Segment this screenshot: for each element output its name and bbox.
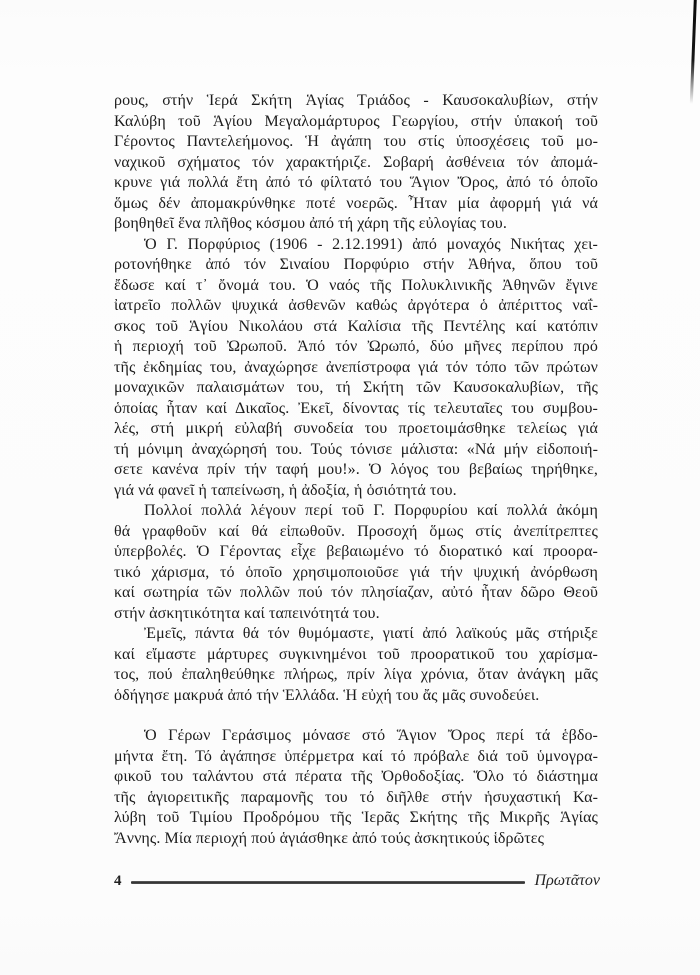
text-line: ὁποίας ἦταν καί Δικαῖος. Ἐκεῖ, δίνοντας … bbox=[114, 399, 598, 420]
text-line: λές, στή μικρή εὐλαβή συνοδεία του προετ… bbox=[114, 419, 598, 440]
body-text: ρους, στήν Ἱερά Σκήτη Ἁγίας Τριάδος - Κα… bbox=[114, 91, 598, 849]
scan-edge-artifact bbox=[690, 0, 697, 104]
text-line: Ἄννης. Μία περιοχή πού ἁγιάσθηκε ἀπό τού… bbox=[114, 829, 598, 850]
page-number: 4 bbox=[114, 873, 122, 890]
text-line: Ἐμεῖς, πάντα θά τόν θυμόμαστε, γιατί ἀπό… bbox=[114, 624, 598, 645]
text-line: ἡ περιοχή τοῦ Ὠρωποῦ. Ἀπό τόν Ὠρωπό, δύο… bbox=[114, 337, 598, 358]
paragraph: Ὁ Γέρων Γεράσιμος μόνασε στό Ἅγιον Ὄρος … bbox=[114, 726, 598, 849]
text-line: καί εἴμαστε μάρτυρες συγκινημένοι τοῦ πρ… bbox=[114, 645, 598, 666]
running-title: Πρωτᾶτον bbox=[535, 872, 600, 890]
text-line: ὅμως δέν ἀπομακρύνθηκε ποτέ νοερῶς. Ἦταν… bbox=[114, 194, 598, 215]
text-line: ἔδωσε καί τ᾽ ὄνομά του. Ὁ ναός τῆς Πολυκ… bbox=[114, 276, 598, 297]
paragraph: Ὁ Γ. Πορφύριος (1906 - 2.12.1991) ἀπό μο… bbox=[114, 235, 598, 502]
text-line: σκος τοῦ Ἁγίου Νικολάου στά Καλίσια τῆς … bbox=[114, 317, 598, 338]
text-line: στήν ἀσκητικότητα καί ταπεινότητά του. bbox=[114, 604, 598, 625]
text-line: μοναχικῶν παλαισμάτων του, τή Σκήτη τῶν … bbox=[114, 378, 598, 399]
text-line: Πολλοί πολλά λέγουν περί τοῦ Γ. Πορφυρίο… bbox=[114, 501, 598, 522]
text-line: ναχικοῦ σχήματος τόν χαρακτήριζε. Σοβαρή… bbox=[114, 153, 598, 174]
text-line: Ὁ Γ. Πορφύριος (1906 - 2.12.1991) ἀπό μο… bbox=[114, 235, 598, 256]
text-line: γιά νά φανεῖ ἡ ταπείνωση, ἡ ἀδοξία, ἡ ὁσ… bbox=[114, 481, 598, 502]
text-line: ρους, στήν Ἱερά Σκήτη Ἁγίας Τριάδος - Κα… bbox=[114, 91, 598, 112]
book-page: ρους, στήν Ἱερά Σκήτη Ἁγίας Τριάδος - Κα… bbox=[0, 0, 700, 975]
text-line: τῆς ἁγιορειτικῆς παραμονῆς του τό διῆλθε… bbox=[114, 788, 598, 809]
text-line: ὁδήγησε μακρυά ἀπό τήν Ἑλλάδα. Ἡ εὐχή το… bbox=[114, 686, 598, 707]
text-line: ὑπερβολές. Ὁ Γέροντας εἶχε βεβαιωμένο τό… bbox=[114, 542, 598, 563]
text-line: Καλύβη τοῦ Ἁγίου Μεγαλομάρτυρος Γεωργίου… bbox=[114, 112, 598, 133]
text-line: ροτονήθηκε ἀπό τόν Σιναίου Πορφύριο στήν… bbox=[114, 255, 598, 276]
text-line: ἰατρεῖο πολλῶν ψυχικά ἀσθενῶν καθώς ἀργό… bbox=[114, 296, 598, 317]
text-line: λύβη τοῦ Τιμίου Προδρόμου τῆς Ἱερᾶς Σκήτ… bbox=[114, 808, 598, 829]
paragraph: Πολλοί πολλά λέγουν περί τοῦ Γ. Πορφυρίο… bbox=[114, 501, 598, 624]
page-footer: 4 Πρωτᾶτον bbox=[114, 872, 600, 890]
text-line: Γέροντος Παντελεήμονος. Ἡ ἀγάπη του στίς… bbox=[114, 132, 598, 153]
text-line: κρυνε γιά πολλά ἔτη ἀπό τό φίλτατό του Ἅ… bbox=[114, 173, 598, 194]
paragraph: ρους, στήν Ἱερά Σκήτη Ἁγίας Τριάδος - Κα… bbox=[114, 91, 598, 235]
text-line: Ὁ Γέρων Γεράσιμος μόνασε στό Ἅγιον Ὄρος … bbox=[114, 726, 598, 747]
text-line: μήντα ἔτη. Τό ἀγάπησε ὑπέρμετρα καί τό π… bbox=[114, 747, 598, 768]
text-line: καί σωτηρία τῶν πολλῶν πού τόν πλησίαζαν… bbox=[114, 583, 598, 604]
text-line: σετε κανένα πρίν τήν ταφή μου!». Ὁ λόγος… bbox=[114, 460, 598, 481]
text-line: βοηθηθεῖ ἕνα πλῆθος κόσμου ἀπό τή χάρη τ… bbox=[114, 214, 598, 235]
text-line: φικοῦ του ταλάντου στά πέρατα τῆς Ὀρθοδο… bbox=[114, 767, 598, 788]
paragraph: Ἐμεῖς, πάντα θά τόν θυμόμαστε, γιατί ἀπό… bbox=[114, 624, 598, 706]
text-line: τή μόνιμη ἀναχώρησή του. Τούς τόνισε μάλ… bbox=[114, 440, 598, 461]
text-line: τικό χάρισμα, τό ὁποῖο χρησιμοποιοῦσε γι… bbox=[114, 563, 598, 584]
text-line: θά γραφθοῦν καί θά εἰπωθοῦν. Προσοχή ὅμω… bbox=[114, 522, 598, 543]
text-line: τος, πού ἐπαληθεύθηκε πλήρως, πρίν λίγα … bbox=[114, 665, 598, 686]
footer-rule bbox=[131, 881, 525, 884]
text-line: τῆς ἐκδημίας του, ἀναχώρησε ἀνεπίστροφα … bbox=[114, 358, 598, 379]
